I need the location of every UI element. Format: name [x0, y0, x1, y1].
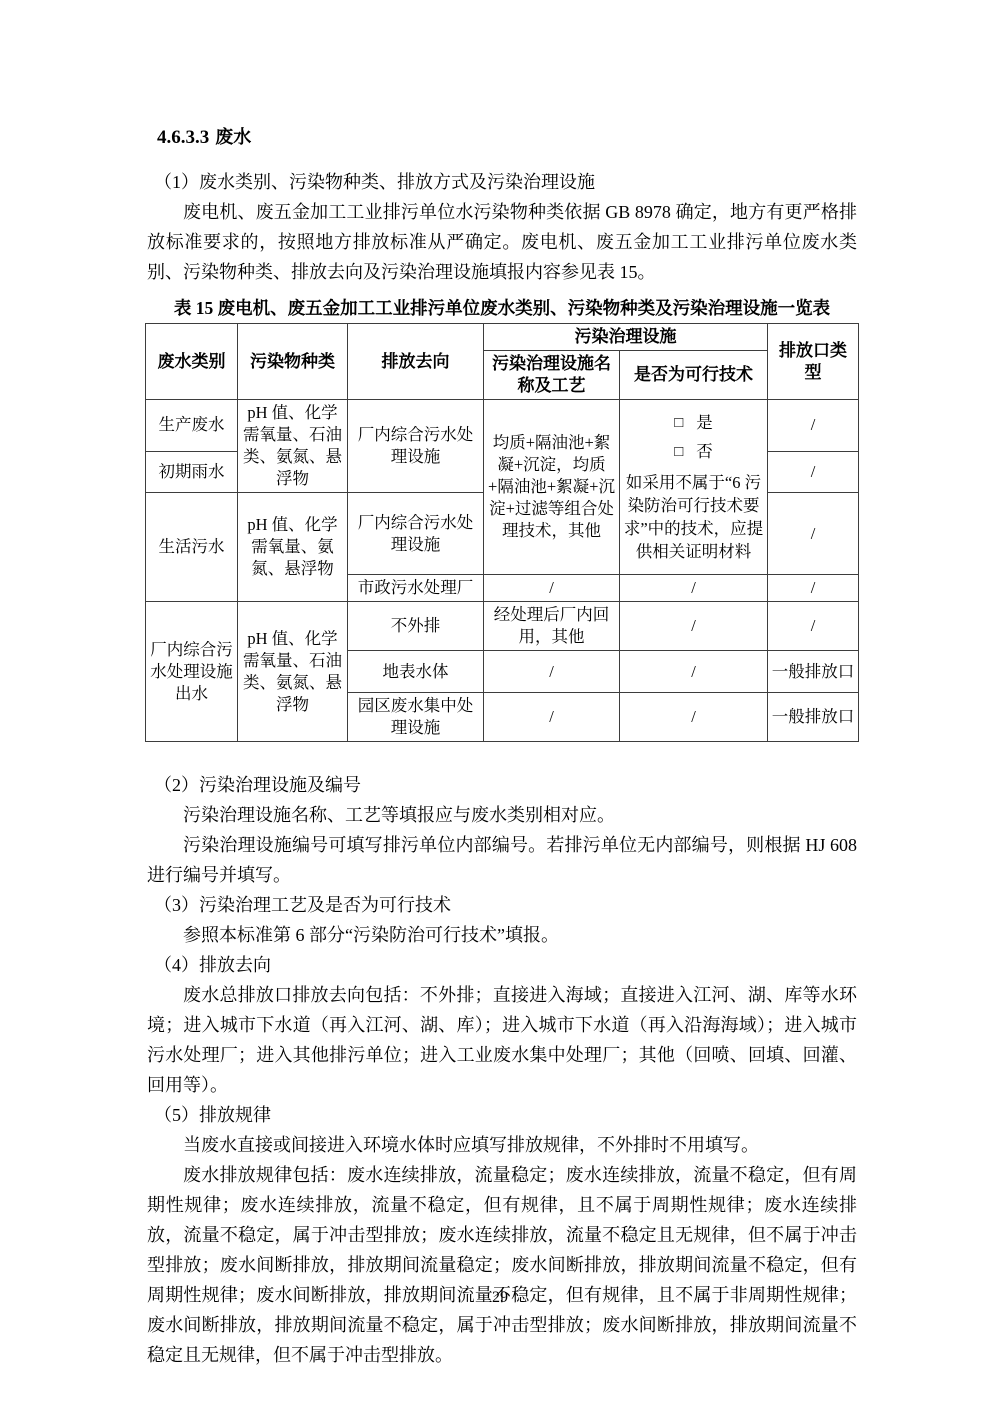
- cell-feasible-na: /: [620, 575, 768, 602]
- para-item-2-body-2: 污染治理设施编号可填写排污单位内部编号。若排污单位无内部编号，则根据 HJ 60…: [147, 830, 857, 890]
- cell-process-na: /: [484, 575, 620, 602]
- checkbox-unchecked-icon: □: [674, 415, 683, 431]
- cell-dest-municipal-plant: 市政污水处理厂: [348, 575, 484, 602]
- item-5-heading: （5）排放规律: [154, 1100, 857, 1130]
- section-title: 废水: [215, 127, 251, 147]
- para-item-1-body: 废电机、废五金加工工业排污单位水污染物种类依据 GB 8978 确定，地方有更严…: [147, 197, 857, 287]
- content-area: 4.6.3.3废水 （1）废水类别、污染物种类、排放方式及污染治理设施 废电机、…: [147, 122, 857, 1370]
- cell-outlet-na: /: [768, 602, 859, 651]
- cell-process-na: /: [484, 693, 620, 742]
- item-3-heading: （3）污染治理工艺及是否为可行技术: [154, 890, 857, 920]
- cell-pollutants-production: pH 值、化学需氧量、石油类、氨氮、悬浮物: [238, 400, 348, 493]
- col-header-outlet-type: 排放口类型: [768, 324, 859, 400]
- cell-outlet-general: 一般排放口: [768, 651, 859, 693]
- col-header-facility-name-process: 污染治理设施名称及工艺: [484, 351, 620, 400]
- cell-dest-surface-water: 地表水体: [348, 651, 484, 693]
- document-page: 4.6.3.3废水 （1）废水类别、污染物种类、排放方式及污染治理设施 废电机、…: [0, 0, 1000, 1414]
- feasible-note: 如采用不属于“6 污染防治可行技术要求”中的技术，应提供相关证明材料: [623, 471, 764, 563]
- col-header-treatment-facility-group: 污染治理设施: [484, 324, 768, 351]
- cell-outlet-na: /: [768, 451, 859, 492]
- col-header-wastewater-type: 废水类别: [146, 324, 238, 400]
- cell-dest-onsite-plant-1: 厂内综合污水处理设施: [348, 400, 484, 493]
- table-title: 表 15 废电机、废五金加工工业排污单位废水类别、污染物种类及污染治理设施一览表: [147, 293, 857, 323]
- cell-feasible-options: □ 是 □ 否 如采用不属于“6 污染防治可行技术要求”中的技术，应提供相关证明…: [620, 400, 768, 575]
- cell-production-wastewater: 生产废水: [146, 400, 238, 452]
- col-header-feasible-tech: 是否为可行技术: [620, 351, 768, 400]
- cell-feasible-na: /: [620, 602, 768, 651]
- cell-pollutants-effluent: pH 值、化学需氧量、石油类、氨氮、悬浮物: [238, 602, 348, 742]
- cell-process-na: /: [484, 651, 620, 693]
- cell-dest-park-facility: 园区废水集中处理设施: [348, 693, 484, 742]
- cell-outlet-na: /: [768, 400, 859, 452]
- cell-dest-no-discharge: 不外排: [348, 602, 484, 651]
- cell-outlet-general: 一般排放口: [768, 693, 859, 742]
- feasible-options-group: □ 是 □ 否 如采用不属于“6 污染防治可行技术要求”中的技术，应提供相关证明…: [623, 404, 764, 570]
- checkbox-unchecked-icon: □: [674, 444, 683, 460]
- item-1-heading: （1）废水类别、污染物种类、排放方式及污染治理设施: [154, 167, 857, 197]
- para-item-4-body: 废水总排放口排放去向包括：不外排；直接进入海域；直接进入江河、湖、库等水环境；进…: [147, 980, 857, 1100]
- cell-feasible-na: /: [620, 651, 768, 693]
- cell-feasible-na: /: [620, 693, 768, 742]
- feasible-option-no: □ 否: [674, 441, 713, 463]
- col-header-pollutant-types: 污染物种类: [238, 324, 348, 400]
- cell-dest-onsite-plant-2: 厂内综合污水处理设施: [348, 493, 484, 575]
- cell-domestic-sewage: 生活污水: [146, 493, 238, 602]
- table-row: 厂内综合污水处理设施出水 pH 值、化学需氧量、石油类、氨氮、悬浮物 不外排 经…: [146, 602, 859, 651]
- section-number: 4.6.3.3: [157, 127, 209, 148]
- cell-pollutants-domestic: pH 值、化学需氧量、氨氮、悬浮物: [238, 493, 348, 602]
- feasible-option-yes: □ 是: [674, 412, 713, 434]
- page-number: 29: [0, 1285, 1000, 1311]
- para-item-2-body-1: 污染治理设施名称、工艺等填报应与废水类别相对应。: [147, 800, 857, 830]
- para-item-3-body: 参照本标准第 6 部分“污染防治可行技术”填报。: [147, 920, 857, 950]
- item-4-heading: （4）排放去向: [154, 950, 857, 980]
- cell-process-reuse: 经处理后厂内回用，其他: [484, 602, 620, 651]
- para-item-5-body-1: 当废水直接或间接进入环境水体时应填写排放规律，不外排时不用填写。: [147, 1130, 857, 1160]
- cell-outlet-na: /: [768, 493, 859, 575]
- cell-outlet-na: /: [768, 575, 859, 602]
- cell-effluent-outflow: 厂内综合污水处理设施出水: [146, 602, 238, 742]
- wastewater-table: 废水类别 污染物种类 排放去向 污染治理设施 排放口类型 污染治理设施名称及工艺…: [145, 323, 859, 742]
- table-row: 生产废水 pH 值、化学需氧量、石油类、氨氮、悬浮物 厂内综合污水处理设施 均质…: [146, 400, 859, 452]
- cell-initial-rainwater: 初期雨水: [146, 451, 238, 492]
- feasible-yes-label: 是: [696, 412, 713, 434]
- item-2-heading: （2）污染治理设施及编号: [154, 770, 857, 800]
- col-header-discharge-destination: 排放去向: [348, 324, 484, 400]
- cell-process-combination: 均质+隔油池+絮凝+沉淀，均质+隔油池+絮凝+沉淀+过滤等组合处理技术，其他: [484, 400, 620, 575]
- section-heading: 4.6.3.3废水: [157, 122, 857, 153]
- feasible-no-label: 否: [696, 441, 713, 463]
- para-item-5-body-2: 废水排放规律包括：废水连续排放，流量稳定；废水连续排放，流量不稳定，但有周期性规…: [147, 1160, 857, 1370]
